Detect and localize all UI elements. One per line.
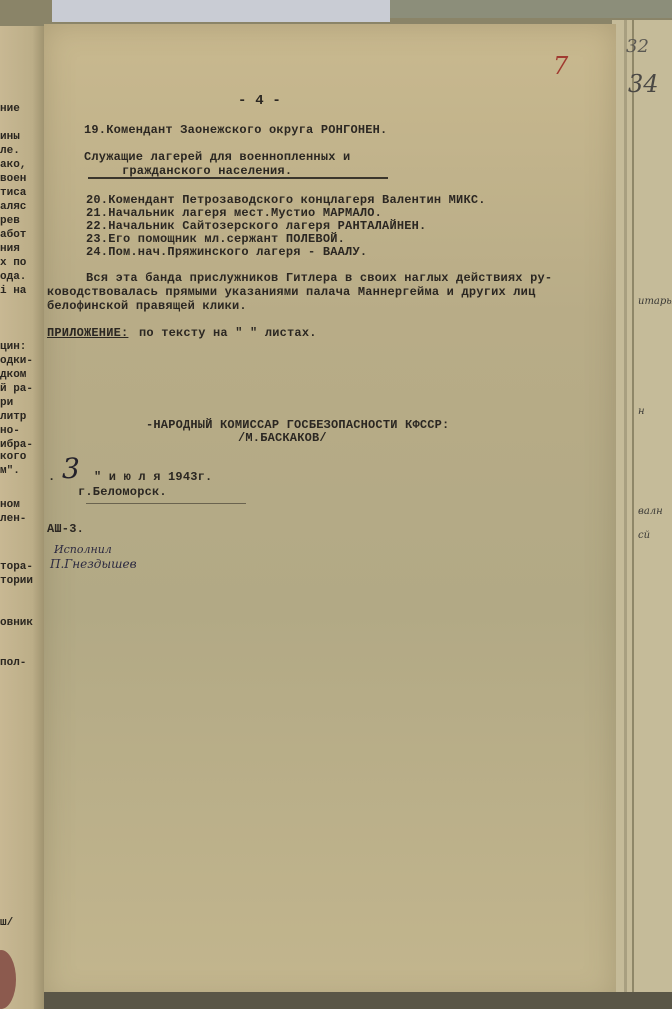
section-heading-line1: Служащие лагерей для военнопленных и bbox=[84, 150, 350, 164]
signature-title: -НАРОДНЫЙ КОМИССАР ГОСБЕЗОПАСНОСТИ КФССР… bbox=[146, 418, 449, 432]
page-number: - 4 - bbox=[238, 93, 281, 109]
page-edge bbox=[624, 20, 627, 995]
bottom-shadow bbox=[44, 992, 672, 1009]
reference-code: АШ-3. bbox=[47, 522, 84, 536]
left-page-text-fragment: лен- bbox=[0, 514, 26, 525]
left-page-text-fragment: тории bbox=[0, 576, 33, 587]
left-page-text-fragment: і на bbox=[0, 286, 26, 297]
appendix-text: по тексту на " " листах. bbox=[139, 326, 317, 340]
section-heading-line2: гражданского населения. bbox=[122, 164, 292, 178]
heading-underline bbox=[88, 177, 388, 179]
separator-line bbox=[86, 503, 246, 504]
left-page-text-fragment: ри bbox=[0, 398, 13, 409]
left-page-text-fragment: ном bbox=[0, 500, 20, 511]
background-strip bbox=[52, 0, 390, 22]
executor-line1: Исполнил bbox=[54, 543, 112, 556]
folio-right-top: 32 bbox=[626, 36, 649, 57]
paragraph-line: ководствовалась прямыми указаниями палач… bbox=[47, 285, 535, 299]
date-day-handwritten: 3 bbox=[62, 452, 80, 485]
left-page-text-fragment: цин: bbox=[0, 342, 26, 353]
right-page-handwriting: н bbox=[638, 406, 645, 417]
left-page-text-fragment: пол- bbox=[0, 658, 26, 669]
signature-name: /М.БАСКАКОВ/ bbox=[238, 431, 327, 445]
left-page-text-fragment: ода. bbox=[0, 272, 26, 283]
left-page-text-fragment: овник bbox=[0, 618, 33, 629]
page-edge bbox=[632, 20, 634, 995]
list-item: 23.Его помощник мл.сержант ПОЛЕВОЙ. bbox=[86, 232, 345, 246]
left-page-text-fragment: ле. bbox=[0, 146, 20, 157]
appendix-label: ПРИЛОЖЕНИЕ: bbox=[47, 326, 128, 340]
date-month-year: " и ю л я 1943г. bbox=[94, 470, 212, 484]
left-page-text-fragment: кого bbox=[0, 452, 26, 463]
left-page-text-fragment: тора- bbox=[0, 562, 33, 573]
left-page-text-fragment: м". bbox=[0, 466, 20, 477]
left-page-text-fragment: й ра- bbox=[0, 384, 33, 395]
right-page-handwriting: сй bbox=[638, 530, 650, 541]
left-page-text-fragment: ины bbox=[0, 132, 20, 143]
place: г.Беломорск. bbox=[78, 485, 167, 499]
right-page-handwriting: валн bbox=[638, 506, 663, 517]
left-page-text-fragment: но- bbox=[0, 426, 20, 437]
left-page-text-fragment: х по bbox=[0, 258, 26, 269]
left-page-text-fragment: ние bbox=[0, 104, 20, 115]
left-page-text-fragment: воен bbox=[0, 174, 26, 185]
right-adjacent-page: итарынвалнсй bbox=[612, 20, 672, 995]
item-19: 19.Комендант Заонежского округа РОНГОНЕН… bbox=[84, 123, 387, 137]
left-page-text-fragment: ния bbox=[0, 244, 20, 255]
left-page-text-fragment: литр bbox=[0, 412, 26, 423]
left-page-text-fragment: тиса bbox=[0, 188, 26, 199]
left-adjacent-page: ниеиныле.ако,воентисаалясреваботниях поо… bbox=[0, 26, 46, 1009]
list-item: 21.Начальник лагеря мест.Мустио МАРМАЛО. bbox=[86, 206, 382, 220]
paragraph-line: белофинской правящей клики. bbox=[47, 299, 247, 313]
date-dot: . bbox=[48, 470, 55, 484]
executor-line2: П.Гнездышев bbox=[50, 557, 137, 571]
left-page-text-fragment: дком bbox=[0, 370, 26, 381]
paragraph-line: Вся эта банда прислужников Гитлера в сво… bbox=[86, 271, 552, 285]
left-page-text-fragment: ш/ bbox=[0, 918, 13, 929]
list-item: 20.Комендант Петрозаводского концлагеря … bbox=[86, 193, 486, 207]
left-page-text-fragment: абот bbox=[0, 230, 26, 241]
right-page-handwriting: итары bbox=[638, 296, 672, 307]
folio-number-red: 7 bbox=[553, 52, 568, 80]
folio-right-page: 34 bbox=[628, 70, 659, 98]
left-page-text-fragment: рев bbox=[0, 216, 20, 227]
left-page-text-fragment: ибра- bbox=[0, 440, 33, 451]
list-item: 22.Начальник Сайтозерского лагеря РАНТАЛ… bbox=[86, 219, 426, 233]
background-strip-right bbox=[390, 0, 672, 18]
left-page-text-fragment: ако, bbox=[0, 160, 26, 171]
left-page-text-fragment: аляс bbox=[0, 202, 26, 213]
list-item: 24.Пом.нач.Пряжинского лагеря - ВААЛУ. bbox=[86, 245, 367, 259]
left-page-text-fragment: одки- bbox=[0, 356, 33, 367]
